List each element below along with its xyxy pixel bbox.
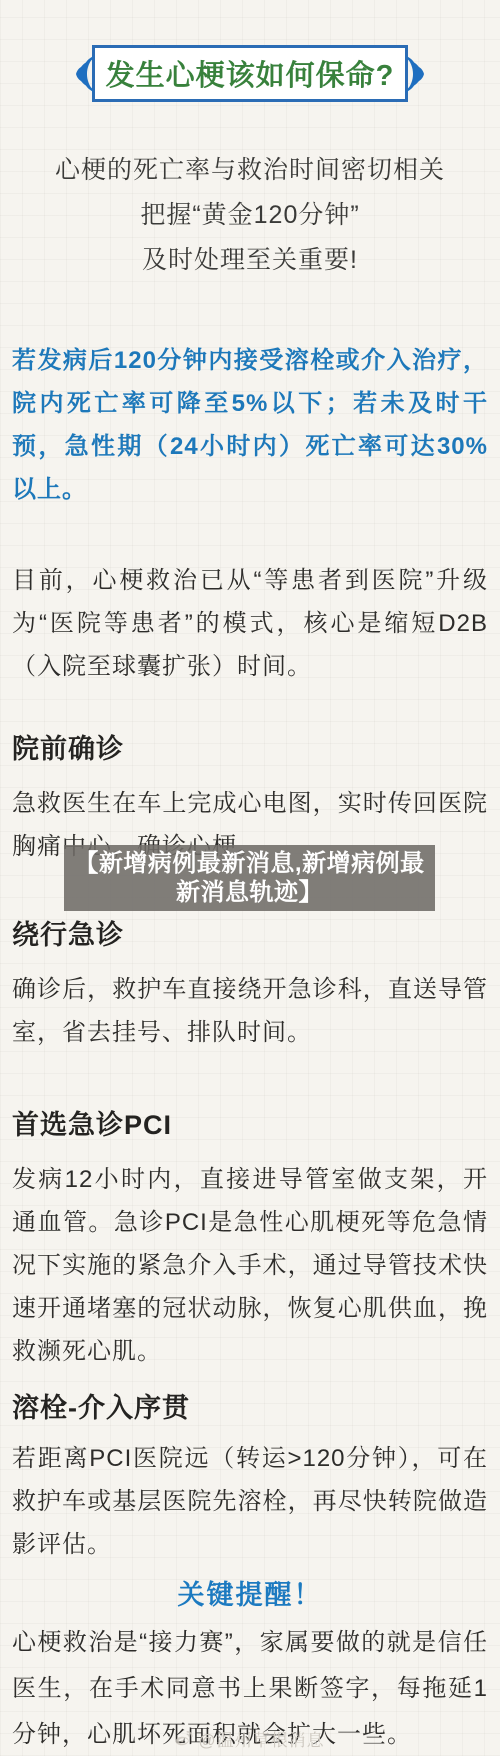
intro-line-1: 心梗的死亡率与救治时间密切相关 xyxy=(12,148,488,193)
title-banner: 发生心梗该如何保命? xyxy=(92,45,408,102)
infographic-page: 发生心梗该如何保命? 心梗的死亡率与救治时间密切相关 把握“黄金120分钟” 及… xyxy=(0,0,500,1756)
intro-line-3: 及时处理至关重要! xyxy=(12,238,488,283)
highlight-paragraph: 若发病后120分钟内接受溶栓或介入治疗，院内死亡率可降至5%以下；若未及时干预，… xyxy=(12,339,488,511)
bracket-ornament-left-icon xyxy=(76,55,95,93)
section-heading-bypass-er: 绕行急诊 xyxy=(12,920,488,950)
section-body-thrombolysis: 若距离PCI医院远（转运>120分钟），可在救护车或基层医院先溶栓，再尽快转院做… xyxy=(12,1437,488,1566)
intro-line-2: 把握“黄金120分钟” xyxy=(12,193,488,238)
section-heading-emergency-pci: 首选急诊PCI xyxy=(12,1110,488,1140)
section-heading-thrombolysis: 溶栓-介入序贯 xyxy=(12,1393,488,1423)
watermark-text: @温州草根消息 xyxy=(198,1726,324,1751)
reminder-heading: 关键提醒！ xyxy=(12,1580,488,1610)
caption-overlay: 【新增病例最新消息,新增病例最新消息轨迹】 xyxy=(64,845,435,911)
section-heading-prehospital-diagnosis: 院前确诊 xyxy=(12,734,488,764)
page-title: 发生心梗该如何保命? xyxy=(106,53,395,94)
section-body-bypass-er: 确诊后，救护车直接绕开急诊科，直送导管室，省去挂号、排队时间。 xyxy=(12,968,488,1054)
watermark: @温州草根消息 xyxy=(0,1726,500,1751)
lead-paragraph: 目前，心梗救治已从“等患者到医院”升级为“医院等患者”的模式，核心是缩短D2B（… xyxy=(12,559,488,688)
bracket-ornament-right-icon xyxy=(405,55,424,93)
section-body-emergency-pci: 发病12小时内，直接进导管室做支架，开通血管。急诊PCI是急性心肌梗死等危急情况… xyxy=(12,1158,488,1373)
weibo-icon xyxy=(175,1731,193,1746)
intro-paragraph: 心梗的死亡率与救治时间密切相关 把握“黄金120分钟” 及时处理至关重要! xyxy=(12,148,488,283)
caption-overlay-text: 【新增病例最新消息,新增病例最新消息轨迹】 xyxy=(74,850,424,906)
